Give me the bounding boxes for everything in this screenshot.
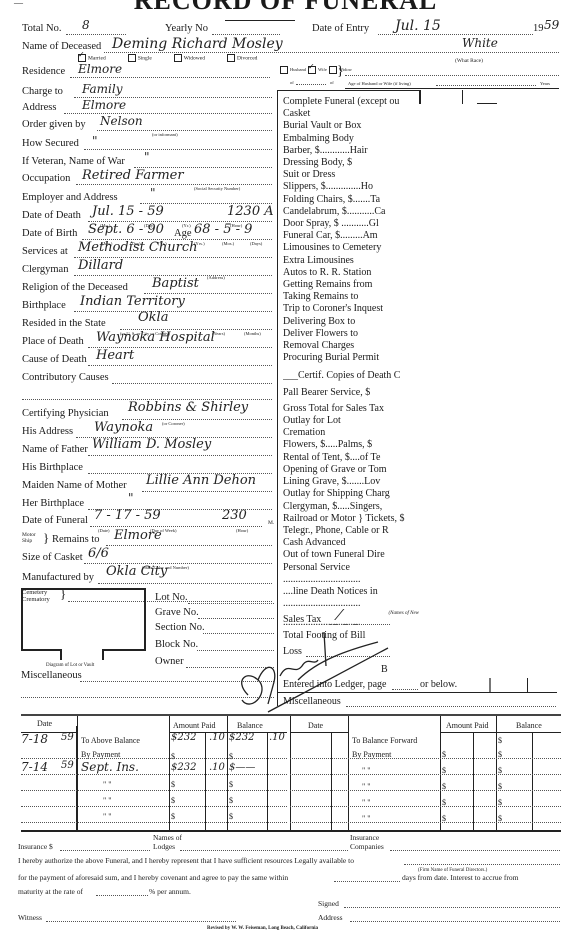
- amount-paid-header: Amount Paid: [446, 721, 488, 730]
- row6-desc: " ": [103, 812, 112, 821]
- charge-item: Getting Remains from: [283, 279, 419, 291]
- row1-yr[interactable]: 59: [61, 732, 74, 743]
- miscellaneous-label: Miscellaneous: [21, 670, 82, 681]
- services-at-value[interactable]: Methodist Church: [78, 240, 198, 255]
- charge-item: Clergyman, $.....Singers,: [283, 501, 419, 513]
- row-line: [290, 822, 561, 823]
- row-line: [290, 758, 561, 759]
- ledger-right: Date Amount Paid Balance To Balance Forw…: [290, 716, 561, 830]
- total-no-label: Total No.: [22, 23, 62, 34]
- how-secured-label: How Secured: [22, 138, 79, 149]
- lodges-label: Lodges: [153, 842, 175, 851]
- charge-item: Gross Total for Sales Tax: [283, 403, 419, 415]
- header-rule: [440, 732, 561, 733]
- charge-item: Taking Remains to: [283, 291, 419, 303]
- contributory-line: [112, 383, 272, 384]
- charge-item: Outlay for Lot: [283, 415, 419, 427]
- birthplace-value[interactable]: Indian Territory: [80, 294, 185, 309]
- funeral-line: [90, 526, 262, 527]
- clergyman-value[interactable]: Dillard: [78, 258, 123, 273]
- header-rule: [290, 732, 348, 733]
- row-line: [290, 774, 561, 775]
- row4-desc: " ": [103, 780, 112, 789]
- charge-item: ___Certif. Copies of Death C: [283, 370, 419, 382]
- companies-label-top: Insurance: [350, 833, 379, 842]
- charge-item: Pall Bearer Service, $: [283, 387, 419, 399]
- informant-caption: (or informant): [152, 132, 178, 137]
- title-underline: [225, 20, 295, 21]
- signed-line[interactable]: [344, 907, 560, 908]
- date-of-birth-value[interactable]: Sept. 6 - 90: [88, 222, 164, 237]
- spouse-of-label: of: [290, 80, 294, 85]
- charges-column-mark-2: [462, 90, 463, 104]
- place-of-death-value[interactable]: Waynoka Hospital: [96, 330, 215, 345]
- manufactured-by-value[interactable]: Okla City: [106, 564, 167, 579]
- total-no-line: [66, 34, 126, 35]
- spouse-husband[interactable]: Husband: [280, 66, 306, 74]
- date-of-entry-value[interactable]: Jul. 15: [395, 18, 441, 34]
- revised-by: Revised by W. W. Feiseman, Long Beach, C…: [207, 926, 318, 931]
- veteran-value[interactable]: ": [144, 150, 150, 164]
- religion-label: Religion of the Deceased: [22, 282, 128, 293]
- date-of-entry-line: [378, 34, 533, 35]
- order-given-by-label: Order given by: [22, 119, 86, 130]
- services-at-label: Services at: [22, 246, 68, 257]
- spouse-rule: [345, 88, 559, 89]
- occupation-line: [76, 184, 272, 185]
- yearly-no-label: Yearly No: [165, 23, 208, 34]
- charge-item: Cash Advanced: [283, 537, 419, 549]
- date-header: Date: [308, 721, 323, 730]
- how-secured-value[interactable]: ": [92, 134, 98, 148]
- col-divider: [267, 732, 268, 830]
- ledger-column-mark: [489, 678, 491, 692]
- remains-line: [106, 545, 272, 546]
- col-divider: [205, 732, 206, 830]
- residence-value[interactable]: Elmore: [78, 62, 122, 76]
- diagram-gate-left: [60, 649, 62, 660]
- row-line: [21, 822, 287, 823]
- grave-no-label: Grave No.: [155, 607, 199, 618]
- charge-item: Rental of Tent, $....of Te: [283, 452, 419, 464]
- manufactured-line: [98, 583, 272, 584]
- residence-label: Residence: [22, 66, 65, 77]
- father-line: [88, 455, 272, 456]
- marital-divorced[interactable]: Divorced: [227, 54, 257, 62]
- date-of-entry-label: Date of Entry: [312, 23, 369, 34]
- signature-scribble: [228, 620, 398, 720]
- charge-item: Slippers, $..............Ho: [283, 181, 419, 193]
- father-label: Name of Father: [22, 444, 88, 455]
- remains-to-label: Remains to: [52, 534, 100, 545]
- address-line: [64, 113, 272, 114]
- col-divider: [290, 716, 291, 830]
- casket-size-label: Size of Casket: [22, 552, 83, 563]
- insurance-line: [60, 850, 150, 851]
- name-line: [104, 52, 559, 53]
- charge-to-label: Charge to: [22, 86, 63, 97]
- charge-item: Removal Charges: [283, 340, 419, 352]
- funeral-hour-value[interactable]: 230: [222, 508, 247, 523]
- checkbox-icon[interactable]: [329, 66, 337, 74]
- charge-item: Autos to R. R. Station: [283, 267, 419, 279]
- row1-date[interactable]: 7-18: [21, 732, 48, 746]
- ledger-column-mark-2: [527, 678, 528, 692]
- charge-item: Telegr., Phone, Cable or R: [283, 525, 419, 537]
- row3-date[interactable]: 7-14: [21, 760, 48, 774]
- checkbox-checked-icon[interactable]: [78, 54, 86, 62]
- charge-item: Limousines to Cemetery: [283, 242, 419, 254]
- row-line: [290, 806, 561, 807]
- mother-line: [142, 491, 272, 492]
- checkbox-icon[interactable]: [227, 54, 235, 62]
- charge-item: Folding Chairs, $.......Ta: [283, 194, 419, 206]
- col-divider: [169, 716, 170, 830]
- residence-line: [70, 77, 270, 78]
- how-secured-line: [84, 149, 272, 150]
- checkbox-checked-icon[interactable]: [308, 66, 316, 74]
- row-line: [21, 790, 287, 791]
- authorization-line-1: I hereby authorize the above Funeral, an…: [18, 856, 354, 865]
- col-divider: [348, 716, 349, 830]
- charges-left-border: [277, 90, 278, 706]
- contributory-label: Contributory Causes: [22, 372, 109, 383]
- row1-desc: To Balance Forward: [352, 736, 417, 745]
- diagram-gate-right: [102, 649, 104, 660]
- row-line: [21, 758, 287, 759]
- row5-balance: $: [229, 796, 233, 805]
- row4-amount: $: [171, 780, 175, 789]
- row5-desc: " ": [103, 796, 112, 805]
- charge-item: Candelabrum, $...........Ca: [283, 206, 419, 218]
- row2-balance: $: [229, 752, 233, 761]
- mother-label: Maiden Name of Mother: [22, 480, 127, 491]
- name-of-deceased-label: Name of Deceased: [22, 41, 101, 52]
- charge-item: Casket: [283, 108, 419, 120]
- charge-item: Extra Limousines: [283, 255, 419, 267]
- row1-amount[interactable]: $232: [171, 732, 196, 743]
- mother-value[interactable]: Lillie Ann Dehon: [146, 473, 256, 488]
- charges-column-tick: [477, 103, 497, 104]
- row2-amount: $: [171, 752, 175, 761]
- casket-size-value[interactable]: 6/6: [88, 546, 109, 561]
- charges-column-mark: [419, 90, 421, 104]
- order-given-line: [97, 130, 272, 131]
- marital-status-group: Married Single Widowed Divorced: [78, 54, 257, 62]
- charge-item: ...............................: [283, 598, 419, 610]
- charge-item: Outlay for Shipping Charg: [283, 488, 419, 500]
- ledger-bottom-rule: [21, 830, 561, 832]
- year-value[interactable]: 59: [544, 18, 559, 32]
- row5-amount: $: [171, 796, 175, 805]
- clergyman-label: Clergyman: [22, 264, 68, 275]
- spouse-of-label-2: of: [330, 80, 334, 85]
- col-divider: [532, 732, 533, 830]
- insurance-label: Insurance $: [18, 842, 53, 851]
- caption-hour: (Hour): [236, 528, 248, 533]
- charge-item: ...............................: [283, 574, 419, 586]
- row-line: [290, 790, 561, 791]
- occupation-label: Occupation: [22, 173, 70, 184]
- brace: }: [337, 64, 344, 80]
- row3-yr[interactable]: 59: [61, 760, 74, 771]
- physician-value[interactable]: Robbins & Shirley: [128, 400, 248, 415]
- section-no-label: Section No.: [155, 622, 205, 633]
- signed-label: Signed: [318, 899, 339, 908]
- charge-item: Complete Funeral (except ou: [283, 96, 419, 108]
- name-of-deceased-value[interactable]: Deming Richard Mosley: [112, 36, 283, 52]
- diagram-base-left: [21, 649, 62, 651]
- charges-top-border: [277, 90, 419, 91]
- row1-desc: To Above Balance: [81, 736, 140, 745]
- marital-widowed[interactable]: Widowed: [174, 54, 205, 62]
- row6-amount: $: [171, 812, 175, 821]
- charge-item: Lining Grave, $.......Lov: [283, 476, 419, 488]
- cause-of-death-label: Cause of Death: [22, 354, 87, 365]
- col-divider: [77, 716, 78, 830]
- witness-line[interactable]: [46, 921, 236, 922]
- row-line: [21, 806, 287, 807]
- caption-date: (Date): [98, 528, 110, 533]
- ledger-left: Date Amount Paid Balance 7-18 59 To Abov…: [21, 716, 287, 830]
- charge-item: Opening of Grave or Tom: [283, 464, 419, 476]
- sales-tax-mark: ⁄: [338, 606, 341, 624]
- address-line[interactable]: [350, 921, 560, 922]
- row1-cents[interactable]: .10: [209, 732, 225, 743]
- address-label: Address: [22, 102, 56, 113]
- total-no-value[interactable]: 8: [82, 18, 90, 32]
- year-prefix: 19: [533, 23, 544, 34]
- charge-item: Delivering Box to: [283, 316, 419, 328]
- father-value[interactable]: William D. Mosley: [92, 437, 211, 452]
- companies-line: [390, 850, 560, 851]
- address-label: Address: [318, 913, 343, 922]
- date-of-funeral-label: Date of Funeral: [22, 515, 88, 526]
- authorization-line-3b: % per annum.: [149, 887, 191, 896]
- row3-cents[interactable]: .10: [209, 762, 225, 773]
- col-divider: [496, 716, 497, 830]
- charge-item: Procuring Burial Permit: [283, 352, 419, 364]
- col-divider: [331, 732, 332, 830]
- address-caption: (Address): [207, 275, 225, 280]
- firm-name-line: [404, 864, 560, 865]
- veteran-label: If Veteran, Name of War: [22, 156, 125, 167]
- manufactured-by-label: Manufactured by: [22, 572, 94, 583]
- resided-label: Resided in the State: [22, 318, 106, 329]
- resided-value[interactable]: Okla: [138, 310, 168, 325]
- occupation-value[interactable]: Retired Farmer: [82, 168, 184, 183]
- brace: }: [43, 530, 49, 546]
- marital-single[interactable]: Single: [128, 54, 152, 62]
- motor-ship-prefix: MotorShip: [22, 532, 36, 544]
- authorization-line-2: for the payment of aforesaid sum, and I …: [18, 873, 288, 882]
- owner-label: Owner: [155, 656, 184, 667]
- spouse-age-caption: Age of Husband or Wife (if living): [348, 81, 411, 86]
- date-of-birth-label: Date of Birth: [22, 228, 77, 239]
- remains-to-value[interactable]: Elmore: [114, 528, 162, 543]
- diagram-base-right: [102, 649, 144, 651]
- her-birthplace-label: Her Birthplace: [22, 498, 84, 509]
- charge-item: Out of town Funeral Dire: [283, 549, 419, 561]
- block-no-label: Block No.: [155, 639, 198, 650]
- birthplace-label: Birthplace: [22, 300, 66, 311]
- days-line: [334, 881, 400, 882]
- hour-of-death-value[interactable]: 1230 A: [227, 204, 274, 219]
- checkbox-icon[interactable]: [174, 54, 182, 62]
- her-birthplace-value[interactable]: ": [128, 491, 134, 505]
- lodges-line: [180, 850, 348, 851]
- charge-item: Dressing Body, $: [283, 157, 419, 169]
- row-line: [21, 774, 287, 775]
- cause-line: [88, 365, 272, 366]
- lot-no-label: Lot No.: [155, 592, 188, 603]
- spouse-wife[interactable]: Wife: [308, 66, 327, 74]
- date-of-funeral-value[interactable]: 7 - 17 - 59: [94, 508, 161, 523]
- his-address-label: His Address: [22, 426, 73, 437]
- charge-item: Personal Service: [283, 562, 419, 574]
- row1-balance: $: [498, 736, 502, 745]
- col-divider: [227, 716, 228, 830]
- caption-months: (Months): [244, 331, 261, 336]
- ssn-caption: (Social Security Number): [194, 186, 240, 191]
- charge-item: Funeral Car, $.........Am: [283, 230, 419, 242]
- ledger-suffix: or below.: [420, 679, 457, 690]
- physician-label: Certifying Physician: [22, 408, 109, 419]
- order-given-by-value[interactable]: Nelson: [100, 114, 143, 128]
- rate-line: [96, 895, 148, 896]
- marital-married[interactable]: Married: [78, 54, 106, 62]
- row1-balance[interactable]: $232: [229, 732, 254, 743]
- authorization-line-2b: days from date. Interest to accrue from: [402, 873, 518, 882]
- page-title: RECORD OF FUNERAL: [0, 0, 571, 16]
- charge-item: ....line Death Notices in: [283, 586, 419, 598]
- lodges-label-top: Names of: [153, 833, 182, 842]
- charge-item: Door Spray, $ ...........Gl: [283, 218, 419, 230]
- address-value[interactable]: Elmore: [82, 98, 126, 112]
- cause-of-death-value[interactable]: Heart: [96, 348, 134, 363]
- row3-desc[interactable]: Sept. Ins.: [81, 760, 139, 774]
- lot-diagram: [21, 588, 146, 651]
- col-divider: [440, 716, 441, 830]
- charge-item: Cremation: [283, 427, 419, 439]
- age-label: Age: [174, 228, 192, 239]
- charge-item: Suit or Dress: [283, 169, 419, 181]
- row1-bal-cents[interactable]: .10: [269, 732, 285, 743]
- date-header: Date: [37, 719, 52, 728]
- yearly-no-line: [212, 34, 280, 35]
- balance-header: Balance: [237, 721, 263, 730]
- his-birthplace-label: His Birthplace: [22, 462, 83, 473]
- race-caption: (What Race): [455, 58, 483, 64]
- charge-item: Flowers, $.....Palms, $: [283, 439, 419, 451]
- date-of-death-label: Date of Death: [22, 210, 81, 221]
- diagram-caption: Diagram of Lot or Vault: [46, 663, 94, 668]
- spouse-of-line: [296, 84, 326, 85]
- race-value[interactable]: White: [462, 36, 498, 50]
- birthplace-line: [74, 311, 272, 312]
- checkbox-icon[interactable]: [280, 66, 288, 74]
- spouse-age-unit: Years: [540, 81, 550, 86]
- caption-days: (Days): [250, 241, 262, 246]
- date-of-death-value[interactable]: Jul. 15 - 59: [92, 204, 164, 219]
- charge-item: Railroad or Motor } Tickets, $: [283, 513, 419, 525]
- checkbox-icon[interactable]: [128, 54, 136, 62]
- grave-no-line: [198, 618, 274, 619]
- his-address-value[interactable]: Waynoka: [94, 420, 153, 435]
- charge-item: Deliver Flowers to: [283, 328, 419, 340]
- col-divider: [473, 732, 474, 830]
- spouse-name-line: [345, 75, 559, 76]
- age-value[interactable]: 68 - 5 - 9: [194, 222, 252, 237]
- row6-balance: $: [229, 812, 233, 821]
- charge-item: Trip to Coroner's Inquest: [283, 303, 419, 315]
- employer-value[interactable]: ": [150, 186, 156, 200]
- row3-amount[interactable]: $232: [171, 762, 196, 773]
- caption-mos: (Mos.): [222, 241, 234, 246]
- religion-value[interactable]: Baptist: [152, 276, 199, 291]
- charge-to-value[interactable]: Family: [82, 82, 123, 96]
- balance-header: Balance: [516, 721, 542, 730]
- charge-item: Embalming Body: [283, 133, 419, 145]
- companies-label: Companies: [350, 842, 384, 851]
- place-of-death-label: Place of Death: [22, 336, 84, 347]
- row4-balance: $: [229, 780, 233, 789]
- charges-list: Complete Funeral (except ou Casket Buria…: [283, 96, 419, 630]
- lot-no-line: [188, 603, 274, 604]
- witness-label: Witness: [18, 913, 42, 922]
- amount-paid-header: Amount Paid: [173, 721, 215, 730]
- charge-item: Burial Vault or Box: [283, 120, 419, 132]
- employer-label: Employer and Address: [22, 192, 118, 203]
- meridian: M.: [268, 520, 274, 526]
- coroner-caption: (or Coroner): [162, 421, 185, 426]
- row3-balance[interactable]: $——: [229, 762, 255, 773]
- charge-item: Barber, $............Hair: [283, 145, 419, 157]
- spouse-age-line: [436, 85, 536, 86]
- authorization-line-3: maturity at the rate of: [18, 887, 83, 896]
